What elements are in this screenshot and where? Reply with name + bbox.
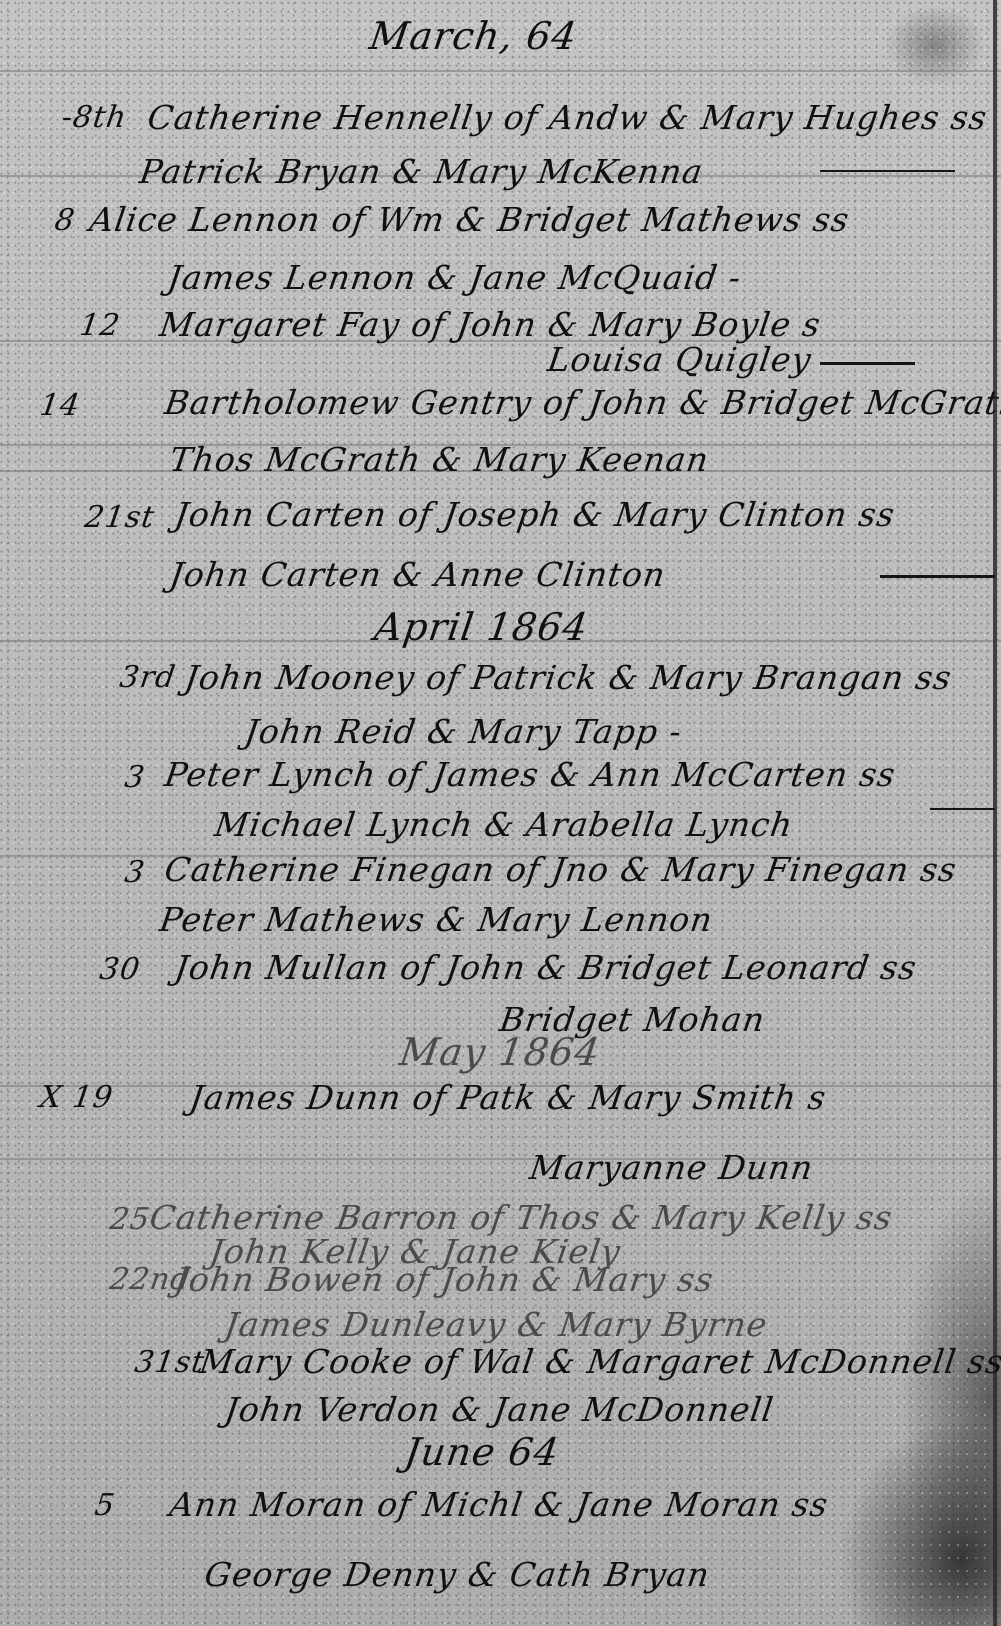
entry-sponsors: Patrick Bryan & Mary McKenna — [137, 152, 706, 191]
entry-sponsors: John Verdon & Jane McDonnell — [222, 1390, 776, 1429]
ruled-line — [0, 70, 1001, 72]
end-dash — [880, 575, 995, 578]
entry-day: -8th — [60, 100, 130, 135]
entry-child-parents: Catherine Finegan of Jno & Mary Finegan … — [162, 850, 959, 889]
entry-sponsors: John Reid & Mary Tapp - — [242, 712, 684, 751]
entry-sponsors: James Dunleavy & Mary Byrne — [222, 1305, 770, 1344]
entry-day: 31st — [133, 1345, 208, 1380]
entry-sponsors: James Lennon & Jane McQuaid - — [165, 258, 744, 297]
entry-day: X 19 — [38, 1080, 116, 1115]
entry-child-parents: Bartholomew Gentry of John & Bridget McG… — [162, 383, 1001, 422]
entry-child-parents: Margaret Fay of John & Mary Boyle s — [157, 305, 823, 344]
end-dash — [930, 808, 995, 810]
entry-child-parents: Mary Cooke of Wal & Margaret McDonnell s… — [197, 1342, 1001, 1381]
entry-day: 30 — [98, 952, 143, 987]
entry-day: 14 — [38, 388, 83, 423]
entry-sponsors: Thos McGrath & Mary Keenan — [167, 440, 711, 479]
entry-day: 3 — [123, 855, 148, 890]
entry-day: 21st — [83, 500, 158, 535]
section-heading-april: April 1864 — [372, 605, 591, 649]
entry-child-parents: John Mooney of Patrick & Mary Brangan ss — [182, 658, 954, 697]
ruled-line — [0, 1158, 1001, 1160]
entry-child-parents: Alice Lennon of Wm & Bridget Mathews ss — [87, 200, 852, 239]
section-heading-june: June 64 — [402, 1430, 562, 1474]
entry-child-parents: Peter Lynch of James & Ann McCarten ss — [162, 755, 898, 794]
entry-day: 25 — [108, 1202, 153, 1237]
entry-day: 8 — [53, 203, 78, 238]
entry-day: 12 — [78, 308, 123, 343]
entry-sponsors: Michael Lynch & Arabella Lynch — [212, 805, 795, 844]
entry-day: 3 — [123, 760, 148, 795]
entry-sponsors: George Denny & Cath Bryan — [202, 1555, 712, 1594]
entry-sponsors: Maryanne Dunn — [527, 1148, 816, 1187]
entry-sponsors: Peter Mathews & Mary Lennon — [157, 900, 715, 939]
entry-child-parents: John Mullan of John & Bridget Leonard ss — [172, 948, 919, 987]
page-edge — [993, 0, 997, 1626]
entry-day: 3rd — [118, 660, 179, 695]
entry-child-parents: Ann Moran of Michl & Jane Moran ss — [167, 1485, 831, 1524]
register-page: March, 64 -8th Catherine Hennelly of And… — [0, 0, 1001, 1626]
entry-child-parents: Catherine Hennelly of Andw & Mary Hughes… — [145, 98, 990, 137]
entry-child-parents: John Carten of Joseph & Mary Clinton ss — [172, 495, 897, 534]
end-dash — [820, 362, 915, 365]
entry-child-parents: James Dunn of Patk & Mary Smith s — [187, 1078, 829, 1117]
section-heading-may: May 1864 — [397, 1030, 603, 1074]
entry-sponsors: John Carten & Anne Clinton — [167, 555, 668, 594]
entry-sponsors: Louisa Quigley — [545, 340, 814, 379]
entry-child-parents: John Bowen of John & Mary ss — [172, 1260, 716, 1299]
section-heading-march: March, 64 — [367, 14, 580, 58]
entry-day: 5 — [93, 1488, 118, 1523]
end-dash — [820, 170, 955, 172]
